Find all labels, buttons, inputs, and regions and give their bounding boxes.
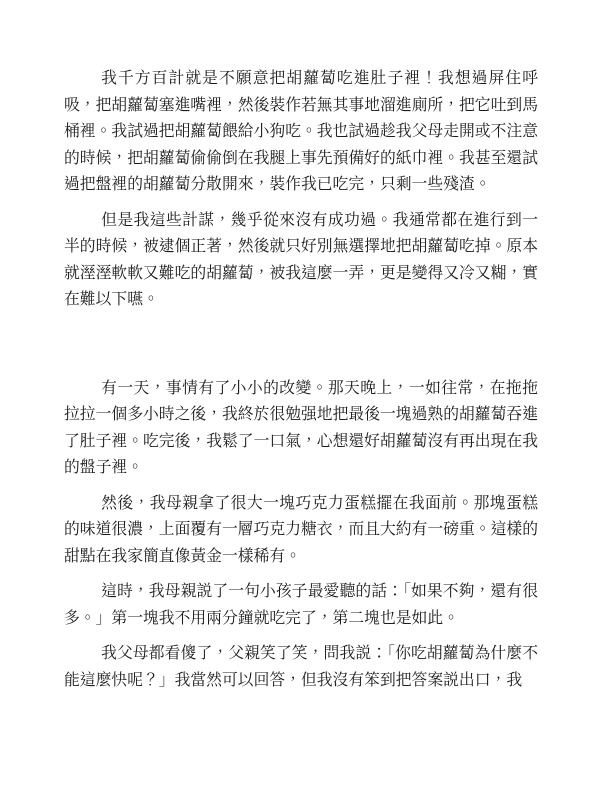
book-page: 我千方百計就是不願意把胡蘿蔔吃進肚子裡！我想過屏住呼吸，把胡蘿蔔塞進嘴裡，然後裝… bbox=[0, 0, 600, 799]
paragraph-5: 這時，我母親説了一句小孩子最愛聽的話：「如果不夠，還有很多。」第一塊我不用兩分鐘… bbox=[64, 579, 538, 632]
paragraph-2: 但是我這些計謀，幾乎從來沒有成功過。我通常都在進行到一半的時候，被逮個正著，然後… bbox=[64, 208, 538, 314]
paragraph-3: 有一天，事情有了小小的改變。那天晚上，一如往常，在拖拖拉拉一個多小時之後，我終於… bbox=[64, 376, 538, 482]
paragraph-4: 然後，我母親拿了很大一塊巧克力蛋糕擺在我面前。那塊蛋糕的味道很濃，上面覆有一層巧… bbox=[64, 491, 538, 571]
paragraph-6: 我父母都看傻了，父親笑了笑，問我説：「你吃胡蘿蔔為什麼不能這麼快呢？」我當然可以… bbox=[64, 641, 538, 694]
text-column: 我千方百計就是不願意把胡蘿蔔吃進肚子裡！我想過屏住呼吸，把胡蘿蔔塞進嘴裡，然後裝… bbox=[64, 66, 538, 694]
paragraph-1: 我千方百計就是不願意把胡蘿蔔吃進肚子裡！我想過屏住呼吸，把胡蘿蔔塞進嘴裡，然後裝… bbox=[64, 66, 538, 199]
